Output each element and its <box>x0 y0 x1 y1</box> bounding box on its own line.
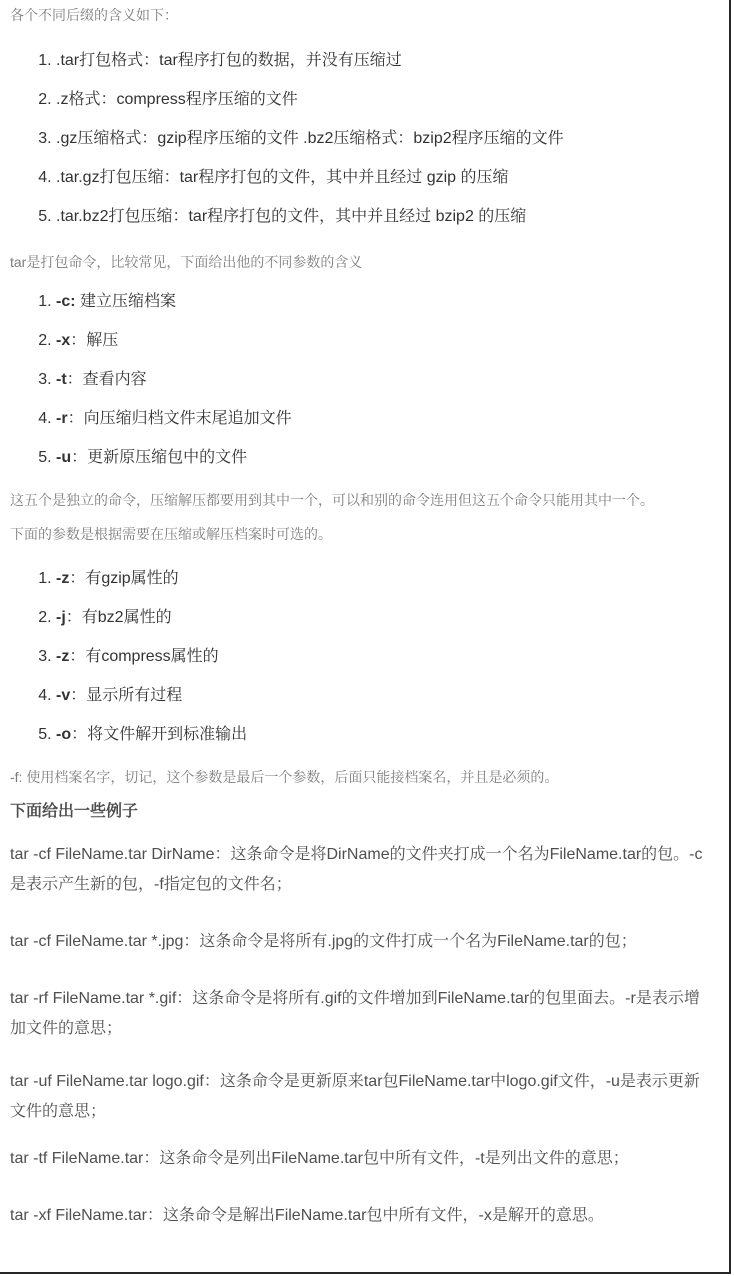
param-term: -x <box>56 332 70 349</box>
list-item: -t：查看内容 <box>56 369 712 391</box>
list-item: -r：向压缩归档文件末尾追加文件 <box>56 408 712 430</box>
param-desc: 建立压缩档案 <box>76 293 176 310</box>
f-param-note: -f: 使用档案名字，切记，这个参数是最后一个参数，后面只能接档案名，并且是必须… <box>10 763 712 791</box>
optional-params-list: -z：有gzip属性的 -j：有bz2属性的 -z：有compress属性的 -… <box>10 568 712 746</box>
example-paragraph-4: tar -uf FileName.tar logo.gif：这条命令是更新原来t… <box>10 1067 712 1127</box>
param-term: -t <box>56 371 67 388</box>
suffix-item-text: .z格式：compress程序压缩的文件 <box>56 91 298 108</box>
list-item: -z：有gzip属性的 <box>56 568 712 590</box>
main-params-list: -c: 建立压缩档案 -x：解压 -t：查看内容 -r：向压缩归档文件末尾追加文… <box>10 291 712 469</box>
article-page: 各个不同后缀的含义如下： .tar打包格式：tar程序打包的数据，并没有压缩过 … <box>0 0 734 1276</box>
param-desc: ：查看内容 <box>67 371 147 388</box>
param-desc: ：显示所有过程 <box>70 687 182 704</box>
five-commands-note: 这五个是独立的命令，压缩解压都要用到其中一个，可以和别的命令连用但这五个命令只能… <box>10 486 712 514</box>
param-desc: ：将文件解开到标准输出 <box>71 726 247 743</box>
param-term: -o <box>56 726 71 743</box>
list-item: -j：有bz2属性的 <box>56 607 712 629</box>
example-paragraph-5: tar -tf FileName.tar：这条命令是列出FileName.tar… <box>10 1144 712 1174</box>
param-term: -u <box>56 449 71 466</box>
param-term: -z <box>56 570 69 587</box>
param-desc: ：向压缩归档文件末尾追加文件 <box>68 410 292 427</box>
param-term: -v <box>56 687 70 704</box>
list-item: -u：更新原压缩包中的文件 <box>56 447 712 469</box>
suffix-item-text: .tar打包格式：tar程序打包的数据，并没有压缩过 <box>56 52 402 69</box>
suffix-item-text: .gz压缩格式：gzip程序压缩的文件 .bz2压缩格式：bzip2程序压缩的文… <box>56 130 564 147</box>
article-content: 各个不同后缀的含义如下： .tar打包格式：tar程序打包的数据，并没有压缩过 … <box>0 0 734 1231</box>
tar-intro-paragraph: tar是打包命令，比较常见，下面给出他的不同参数的含义 <box>10 248 712 276</box>
example-paragraph-2: tar -cf FileName.tar *.jpg：这条命令是将所有.jpg的… <box>10 927 712 957</box>
param-desc: ：有compress属性的 <box>69 648 218 665</box>
suffix-item-text: .tar.bz2打包压缩：tar程序打包的文件，其中并且经过 bzip2 的压缩 <box>56 208 526 225</box>
list-item: .tar.gz打包压缩：tar程序打包的文件，其中并且经过 gzip 的压缩 <box>56 167 712 189</box>
list-item: -z：有compress属性的 <box>56 646 712 668</box>
list-item: .tar.bz2打包压缩：tar程序打包的文件，其中并且经过 bzip2 的压缩 <box>56 206 712 228</box>
param-desc: ：解压 <box>70 332 118 349</box>
list-item: -o：将文件解开到标准输出 <box>56 724 712 746</box>
examples-heading: 下面给出一些例子 <box>10 801 712 823</box>
example-paragraph-6: tar -xf FileName.tar：这条命令是解出FileName.tar… <box>10 1201 712 1231</box>
intro-paragraph: 各个不同后缀的含义如下： <box>10 1 712 29</box>
param-term: -c: <box>56 293 76 310</box>
param-desc: ：有bz2属性的 <box>66 609 172 626</box>
param-term: -j <box>56 609 66 626</box>
suffix-list: .tar打包格式：tar程序打包的数据，并没有压缩过 .z格式：compress… <box>10 50 712 228</box>
suffix-item-text: .tar.gz打包压缩：tar程序打包的文件，其中并且经过 gzip 的压缩 <box>56 169 509 186</box>
optional-params-note: 下面的参数是根据需要在压缩或解压档案时可选的。 <box>10 520 712 548</box>
param-desc: ：有gzip属性的 <box>69 570 178 587</box>
list-item: .z格式：compress程序压缩的文件 <box>56 89 712 111</box>
param-term: -z <box>56 648 69 665</box>
param-desc: ：更新原压缩包中的文件 <box>71 449 247 466</box>
example-paragraph-3: tar -rf FileName.tar *.gif：这条命令是将所有.gif的… <box>10 984 712 1044</box>
list-item: .tar打包格式：tar程序打包的数据，并没有压缩过 <box>56 50 712 72</box>
param-term: -r <box>56 410 68 427</box>
list-item: -x：解压 <box>56 330 712 352</box>
list-item: -v：显示所有过程 <box>56 685 712 707</box>
example-paragraph-1: tar -cf FileName.tar DirName：这条命令是将DirNa… <box>10 840 712 900</box>
list-item: -c: 建立压缩档案 <box>56 291 712 313</box>
list-item: .gz压缩格式：gzip程序压缩的文件 .bz2压缩格式：bzip2程序压缩的文… <box>56 128 712 150</box>
